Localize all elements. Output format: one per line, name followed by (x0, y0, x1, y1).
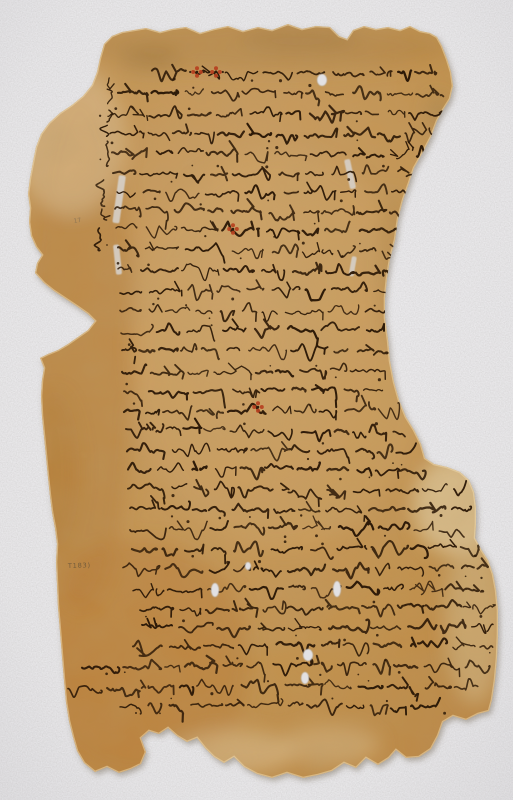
script-dot (386, 700, 388, 702)
rubric-flank-dot (189, 71, 191, 73)
script-dot (135, 712, 137, 714)
script-dot (339, 478, 342, 481)
rubric-center-dot (257, 406, 260, 409)
script-dot (133, 402, 135, 404)
shelfmark-label: T183) (67, 561, 91, 570)
script-dot (300, 514, 302, 516)
script-dot (191, 165, 193, 167)
rubric-dot (256, 401, 260, 405)
rubric-dot (231, 223, 235, 227)
script-dot (273, 236, 275, 238)
worm-hole (317, 74, 327, 86)
script-dot (124, 671, 126, 673)
script-dot (284, 535, 287, 538)
script-dot (114, 107, 117, 110)
rubric-dot (191, 70, 195, 74)
rubric-dot (235, 227, 239, 231)
rubric-center-dot (232, 228, 235, 231)
rubric-flank-dot (208, 71, 210, 73)
script-dot (368, 680, 370, 682)
script-dot (480, 577, 482, 579)
script-dot (266, 147, 268, 149)
script-dot (236, 657, 238, 659)
rubric-dot (199, 70, 203, 74)
script-dot (384, 659, 386, 661)
script-dot (125, 383, 128, 386)
script-dot (111, 142, 114, 145)
script-dot (298, 496, 300, 498)
script-dot (106, 244, 108, 246)
script-dot (378, 378, 381, 381)
script-dot (489, 652, 491, 654)
script-dot (128, 343, 131, 346)
rubric-dot (260, 405, 264, 409)
script-dot (319, 674, 321, 676)
pencil-mark: 17 (73, 217, 82, 225)
script-dot (211, 324, 213, 326)
script-dot (251, 79, 253, 81)
script-dot (173, 78, 176, 81)
manuscript-photo-canvas: T183) 17 (0, 0, 513, 800)
rubric-dot (252, 405, 256, 409)
script-dot (171, 181, 173, 183)
worm-hole (301, 672, 309, 684)
script-dot (192, 87, 194, 89)
script-dot (307, 458, 309, 460)
script-dot (117, 262, 120, 265)
script-dot (242, 403, 245, 406)
script-dot (384, 535, 386, 537)
script-dot (392, 462, 394, 464)
script-dot (209, 317, 211, 319)
rubric-dot (214, 66, 218, 70)
worm-hole (303, 649, 313, 661)
script-dot (376, 634, 379, 637)
script-dot (249, 516, 251, 518)
script-dot (258, 560, 261, 563)
script-dot (314, 223, 316, 225)
script-dot (191, 555, 194, 558)
script-dot (275, 146, 278, 149)
script-dot (240, 257, 242, 259)
script-dot (268, 140, 270, 142)
script-dot (401, 464, 403, 466)
rubric-center-dot (215, 71, 218, 74)
rubric-dot (256, 409, 260, 413)
script-dot (185, 304, 187, 306)
script-dot (269, 365, 271, 367)
script-dot (99, 158, 101, 160)
script-dot (224, 555, 226, 557)
script-dot (188, 107, 191, 110)
script-dot (267, 199, 269, 201)
script-dot (357, 674, 359, 676)
script-dot (279, 79, 282, 82)
script-dot (243, 422, 246, 425)
script-dot (186, 520, 189, 523)
script-dot (308, 84, 311, 87)
script-dot (296, 657, 299, 660)
rubric-center-dot (196, 71, 199, 74)
script-dot (465, 575, 467, 577)
rubric-flank-dot (203, 71, 205, 73)
script-dot (267, 680, 269, 682)
rubric-dot (195, 74, 199, 78)
worm-hole (245, 562, 251, 570)
script-dot (200, 203, 202, 205)
script-dot (340, 199, 343, 202)
rubric-dot (218, 70, 222, 74)
script-dot (152, 303, 154, 305)
script-dot (315, 534, 318, 537)
script-dot (147, 264, 150, 267)
script-dot (204, 235, 206, 237)
rubric-dot (231, 231, 235, 235)
script-dot (359, 243, 361, 245)
script-dot (438, 574, 441, 577)
script-dot (218, 517, 221, 520)
rubric-dot (214, 74, 218, 78)
script-dot (373, 601, 376, 604)
script-dot (295, 635, 297, 637)
script-dot (374, 305, 376, 307)
script-dot (369, 477, 371, 479)
script-dot (331, 697, 333, 699)
script-dot (171, 515, 173, 517)
script-dot (440, 514, 443, 517)
script-dot (159, 713, 161, 715)
script-dot (154, 198, 157, 201)
script-dot (398, 671, 401, 674)
script-dot (145, 616, 147, 618)
rubric-flank-dot (222, 71, 224, 73)
script-dot (343, 639, 346, 642)
script-dot (170, 698, 172, 700)
script-dot (474, 554, 477, 557)
rubric-dot (210, 70, 214, 74)
worm-hole (333, 581, 341, 597)
script-dot (302, 242, 305, 245)
script-dot (157, 297, 159, 299)
worm-hole (211, 583, 219, 597)
script-dot (217, 165, 220, 168)
script-dot (309, 404, 311, 406)
script-dot (356, 120, 358, 122)
script-dot (479, 615, 482, 618)
script-dot (356, 139, 358, 141)
script-dot (226, 561, 229, 564)
script-dot (322, 442, 324, 444)
script-dot (284, 540, 287, 543)
script-dot (375, 422, 378, 425)
script-dot (171, 494, 174, 497)
script-dot (347, 178, 350, 181)
script-dot (321, 543, 324, 546)
script-dot (315, 365, 317, 367)
script-dot (105, 672, 108, 675)
script-dot (182, 619, 185, 622)
script-dot (443, 712, 446, 715)
manuscript-photo: T183) 17 (0, 0, 513, 800)
script-dot (210, 692, 213, 695)
script-dot (341, 255, 344, 258)
rubric-dot (227, 227, 231, 231)
script-dot (265, 165, 268, 168)
rubric-dot (195, 66, 199, 70)
script-dot (99, 115, 101, 117)
script-dot (382, 165, 385, 168)
script-dot (231, 298, 234, 301)
script-dot (335, 376, 337, 378)
